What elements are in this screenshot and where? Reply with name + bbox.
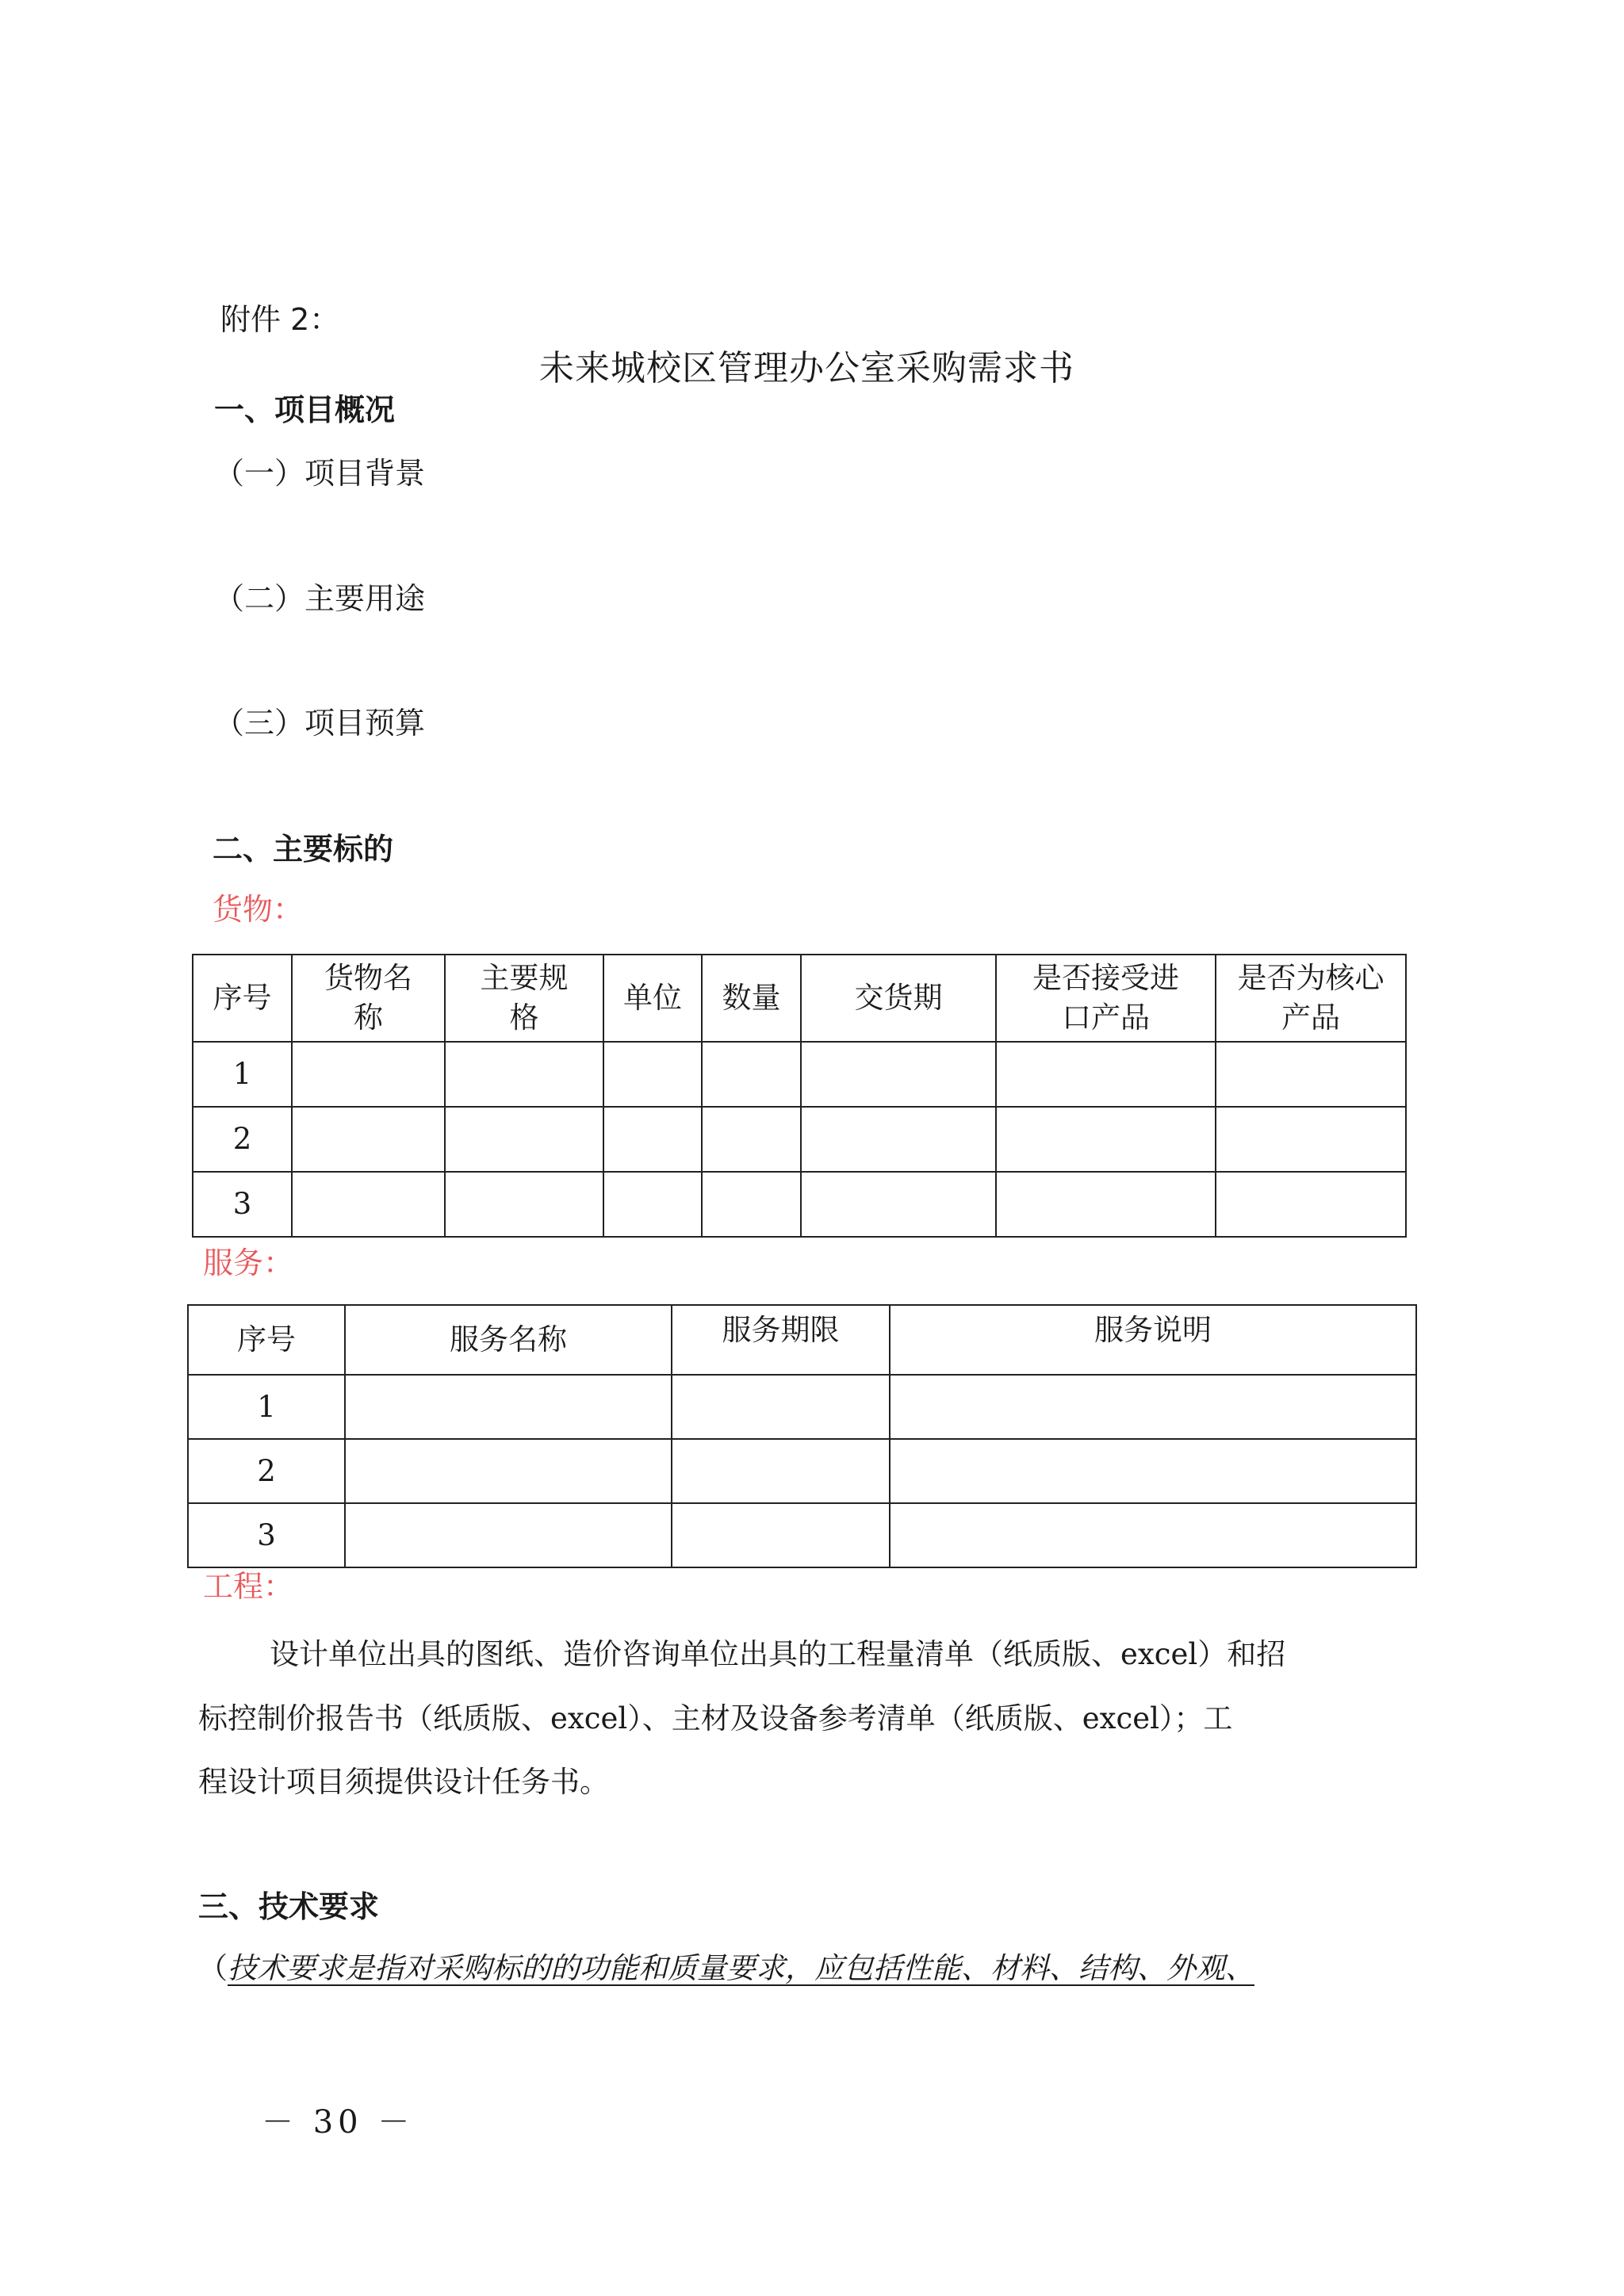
attachment-label: 附件 2： (220, 295, 339, 339)
row-number: 1 (188, 1375, 345, 1439)
cell (702, 1107, 801, 1172)
page-number: － 30 － (262, 2097, 414, 2142)
cell (672, 1503, 890, 1567)
cell (890, 1375, 1416, 1439)
goods-col-core: 是否为核心产品 (1216, 955, 1406, 1042)
cell (445, 1172, 603, 1237)
table-row: 2 (193, 1107, 1406, 1172)
table-row: 1 (193, 1042, 1406, 1107)
cell (801, 1042, 996, 1107)
technical-note-open-paren: （ (198, 1951, 228, 1985)
services-table-header: 序号 服务名称 服务期限 服务说明 (188, 1305, 1416, 1375)
subsection-budget: （三）项目预算 (214, 698, 425, 742)
cell (702, 1042, 801, 1107)
services-col-description: 服务说明 (890, 1305, 1416, 1375)
cell (603, 1042, 702, 1107)
engineering-label: 工程： (203, 1562, 293, 1605)
goods-col-delivery: 交货期 (801, 955, 996, 1042)
engineering-paragraph-line-1: 设计单位出具的图纸、造价咨询单位出具的工程量清单（纸质版、excel）和招 (270, 1630, 1285, 1673)
goods-col-no: 序号 (193, 955, 292, 1042)
engineering-paragraph-line-3: 程设计项目须提供设计任务书。 (198, 1758, 609, 1800)
cell (996, 1042, 1216, 1107)
cell (672, 1439, 890, 1503)
services-col-period: 服务期限 (672, 1305, 890, 1375)
cell (292, 1107, 445, 1172)
goods-table-header: 序号 货物名称 主要规格 单位 数量 交货期 是否接受进口产品 是否为核心产品 (193, 955, 1406, 1042)
goods-label: 货物： (213, 885, 303, 928)
cell (445, 1042, 603, 1107)
table-row: 2 (188, 1439, 1416, 1503)
goods-col-import: 是否接受进口产品 (996, 955, 1216, 1042)
cell (1216, 1042, 1406, 1107)
cell (445, 1107, 603, 1172)
goods-col-qty: 数量 (702, 955, 801, 1042)
cell (292, 1042, 445, 1107)
cell (1216, 1107, 1406, 1172)
table-row: 3 (193, 1172, 1406, 1237)
cell (890, 1439, 1416, 1503)
engineering-paragraph-line-2: 标控制价报告书（纸质版、excel）、主材及设备参考清单（纸质版、excel）；… (198, 1694, 1232, 1737)
technical-note: （技术要求是指对采购标的的功能和质量要求，应包括性能、材料、结构、外观、 (198, 1944, 1254, 1987)
cell (702, 1172, 801, 1237)
row-number: 3 (188, 1503, 345, 1567)
table-row: 3 (188, 1503, 1416, 1567)
cell (1216, 1172, 1406, 1237)
cell (603, 1172, 702, 1237)
subsection-background: （一）项目背景 (214, 449, 425, 492)
subsection-purpose: （二）主要用途 (214, 574, 425, 618)
cell (603, 1107, 702, 1172)
cell (801, 1107, 996, 1172)
cell (996, 1107, 1216, 1172)
goods-col-unit: 单位 (603, 955, 702, 1042)
services-table: 序号 服务名称 服务期限 服务说明 1 2 3 (187, 1304, 1417, 1568)
cell (345, 1375, 672, 1439)
section-heading-overview: 一、项目概况 (214, 385, 395, 429)
cell (996, 1172, 1216, 1237)
services-label: 服务： (203, 1238, 293, 1282)
technical-note-text: 技术要求是指对采购标的的功能和质量要求，应包括性能、材料、结构、外观、 (228, 1951, 1254, 1985)
cell (345, 1503, 672, 1567)
row-number: 3 (193, 1172, 292, 1237)
row-number: 2 (188, 1439, 345, 1503)
goods-col-spec: 主要规格 (445, 955, 603, 1042)
cell (292, 1172, 445, 1237)
cell (345, 1439, 672, 1503)
cell (801, 1172, 996, 1237)
services-col-name: 服务名称 (345, 1305, 672, 1375)
page-title: 未来城校区管理办公室采购需求书 (539, 339, 1074, 390)
table-row: 1 (188, 1375, 1416, 1439)
row-number: 2 (193, 1107, 292, 1172)
row-number: 1 (193, 1042, 292, 1107)
section-heading-subject: 二、主要标的 (213, 825, 393, 868)
cell (672, 1375, 890, 1439)
section-heading-technical: 三、技术要求 (198, 1882, 379, 1926)
goods-table: 序号 货物名称 主要规格 单位 数量 交货期 是否接受进口产品 是否为核心产品 … (192, 954, 1407, 1238)
services-col-no: 序号 (188, 1305, 345, 1375)
goods-col-name: 货物名称 (292, 955, 445, 1042)
cell (890, 1503, 1416, 1567)
